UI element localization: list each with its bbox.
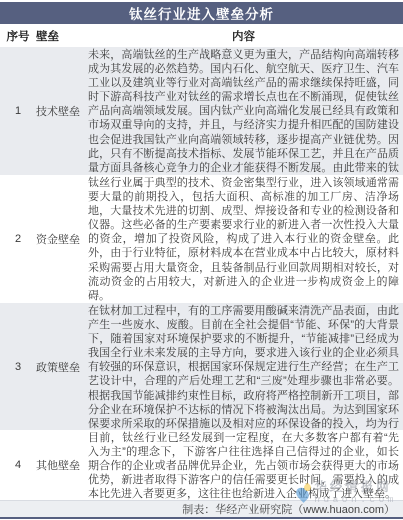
table-title: 钛丝行业进入壁垒分析 <box>0 2 403 24</box>
table-header: 序号 壁垒 内容 <box>0 24 403 47</box>
table-row-capital-barrier: 2 资金壁垒 钛丝行业属于典型的技术、资金密集型行业，进入该领域通常需要大量的前… <box>0 175 403 303</box>
table-row-technology-barrier: 1 技术壁垒 未来，高端钛丝的生产战略意义更为重大，产品结构向高端转移成为其发展… <box>0 47 403 175</box>
barrier-analysis-page: 钛丝行业进入壁垒分析 序号 壁垒 内容 1 技术壁垒 未来，高端钛丝的生产战略意… <box>0 0 403 520</box>
row-barrier-label: 政策壁垒 <box>36 303 88 430</box>
row-barrier-label: 其他壁垒 <box>36 430 88 500</box>
row-content-text: 钛丝行业属于典型的技术、资金密集型行业，进入该领域通常需要大量的前期投入，包括大… <box>88 175 403 303</box>
row-content-text: 目前，钛丝行业已经发展到一定程度，在大多数客户都有着“先入为主”的理念下，下游客… <box>88 430 403 500</box>
table-footer: 制表：华经产业研究院（www.huaon.com） <box>0 500 403 517</box>
header-content: 内容 <box>88 28 403 44</box>
source-credit: 制表：华经产业研究院（www.huaon.com） <box>182 501 395 517</box>
table-row-other-barrier: 4 其他壁垒 目前，钛丝行业已经发展到一定程度，在大多数客户都有着“先入为主”的… <box>0 430 403 500</box>
row-index: 1 <box>0 47 36 175</box>
row-barrier-label: 资金壁垒 <box>36 175 88 303</box>
row-content-text: 在钛材加工过程中，有的工序需要用酸碱来清洗产品表面，由此产生一些废水、废酸。目前… <box>88 303 403 430</box>
row-content-text: 未来，高端钛丝的生产战略意义更为重大，产品结构向高端转移成为其发展的必然趋势。国… <box>88 47 403 175</box>
bottom-accent-line <box>0 517 403 519</box>
header-barrier: 壁垒 <box>36 28 88 44</box>
table-row-policy-barrier: 3 政策壁垒 在钛材加工过程中，有的工序需要用酸碱来清洗产品表面，由此产生一些废… <box>0 303 403 430</box>
row-index: 2 <box>0 175 36 303</box>
row-barrier-label: 技术壁垒 <box>36 47 88 175</box>
row-index: 3 <box>0 303 36 430</box>
header-index: 序号 <box>0 28 36 44</box>
row-index: 4 <box>0 430 36 500</box>
